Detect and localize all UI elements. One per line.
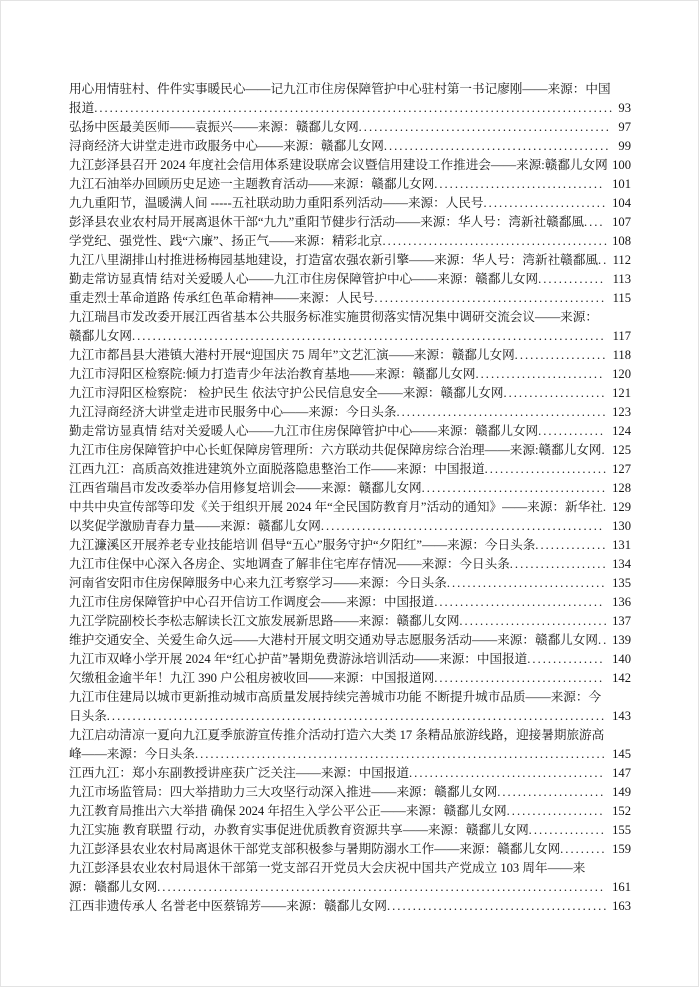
dot-leader: ........................................… (359, 120, 611, 134)
dot-leader: ........................................… (387, 899, 608, 913)
toc-entry-page-number: 117 (613, 327, 631, 346)
toc-entry-title: 勤走常访显真情 结对关爱暖人心——九江市住房保障管护中心——来源：赣鄱儿女网 (69, 424, 538, 438)
toc-entry-page-number: 137 (612, 612, 631, 631)
toc-entry-title: 勤走常访显真情 结对关爱暖人心——九江市住房保障管护中心——来源：赣鄱儿女网 (69, 272, 538, 286)
toc-entry[interactable]: 九江启动清凉一夏向九江夏季旅游宣传推介活动打造六大类 17 条精品旅游线路，迎接… (69, 726, 631, 764)
dot-leader: . (601, 443, 606, 457)
toc-entry[interactable]: 江西九江：郑小东副教授讲座获广泛关注——来源：中国报道.............… (69, 764, 631, 783)
dot-leader: ........................................… (157, 880, 605, 894)
dot-leader: ........................................… (107, 709, 606, 723)
toc-entry[interactable]: 江西非遗传承人 名誉老中医蔡锦芳——来源：赣鄱儿女网..............… (69, 897, 631, 916)
toc-entry[interactable]: 九江学院副校长李松志解读长江文旅发展新思路——来源：赣鄱儿女网.........… (69, 612, 631, 631)
dot-leader: ........................................… (321, 519, 604, 533)
toc-entry-page-number: 104 (612, 194, 631, 213)
dot-leader: ................................. (434, 671, 604, 685)
toc-entry-page-number: 130 (612, 517, 631, 536)
dot-leader: ............................. (459, 614, 608, 628)
toc-entry-page-number: 93 (618, 99, 631, 118)
dot-leader: .................... (503, 386, 606, 400)
toc-entry[interactable]: 九江八里湖排山村推进杨梅园基地建设，打造富农强农新引擎——来源：华人号：湾新社赣… (69, 251, 631, 270)
toc-entry-title: 重走烈士革命道路 传承红色革命精神——来源：人民号 (69, 291, 374, 305)
toc-entry-page-number: 120 (612, 365, 631, 384)
toc-entry-title: 九江市都昌县大港镇大港村开展“迎国庆 75 周年”文艺汇演——来源：赣鄱儿女网 (69, 348, 515, 362)
dot-leader: .............. (535, 538, 607, 552)
toc-entry[interactable]: 重走烈士革命道路 传承红色革命精神——来源：人民号...............… (69, 289, 631, 308)
toc-entry-page-number: 147 (612, 764, 631, 783)
toc-entry-title: 九江市浔阳区检察院： 检护民生 依法守护公民信息安全——来源：赣鄱儿女网 (69, 386, 503, 400)
dot-leader: ......... (560, 842, 606, 856)
toc-entry[interactable]: 九江市双峰小学开展 2024 年“红心护苗”暑期免费游泳培训活动——来源：中国报… (69, 650, 631, 669)
toc-entry-page-number: 97 (618, 118, 631, 137)
toc-entry[interactable]: 九江市住房保障管护中心长虹保障房管理所：六方联动共促保障房综合治理——来源:赣鄱… (69, 441, 631, 460)
dot-leader: ........................................… (195, 747, 607, 761)
toc-entry[interactable]: 九江石油举办回顾历史足迹一主题教育活动——来源：赣鄱儿女网...........… (69, 175, 631, 194)
toc-entry[interactable]: 九江市浔阳区检察院:倾力打造青少年法治教育基地——来源：赣鄱儿女网.......… (69, 365, 631, 384)
toc-entry-title: 江西省瑞昌市发改委举办信用修复培训会——来源：赣鄱儿女网 (69, 481, 422, 495)
toc-entry-page-number: 121 (612, 384, 631, 403)
dot-leader: . (603, 500, 608, 514)
toc-entry-page-number: 118 (613, 346, 631, 365)
toc-entry-page-number: 128 (612, 479, 631, 498)
toc-entry[interactable]: 九江彭泽县农业农村局退休干部第一党支部召开党员大会庆祝中国共产党成立 103 周… (69, 859, 631, 897)
toc-entry-title: 九江市住房保障管护中心召开信访工作调度会——来源：中国报道 (69, 595, 434, 609)
toc-entry[interactable]: 九九重阳节，温暖满人间 -----五社联动助力重阳系列活动——来源：人民号...… (69, 194, 631, 213)
dot-leader: ..................... (497, 785, 605, 799)
dot-leader: ........................................… (396, 405, 607, 419)
dot-leader: ...................................... (409, 766, 605, 780)
dot-leader: .... (584, 215, 605, 229)
toc-entry[interactable]: 九江濂溪区开展养老专业技能培训 倡导“五心”服务守护“夕阳红”——来源：今日头条… (69, 536, 631, 555)
dot-leader: ........................................… (94, 101, 614, 115)
toc-entry[interactable]: 维护交通安全、关爱生命久远——大港村开展文明交通劝导志愿服务活动——来源：赣鄱儿… (69, 631, 631, 650)
toc-entry-title: 彭泽县农业农村局开展离退休干部“九九”重阳节健步行活动——来源：华人号：湾新社赣… (69, 215, 584, 229)
toc-entry[interactable]: 勤走常访显真情 结对关爱暖人心——九江市住房保障管护中心——来源：赣鄱儿女网..… (69, 422, 631, 441)
dot-leader: ........................................… (384, 139, 611, 153)
toc-entry[interactable]: 河南省安阳市住房保障服务中心来九江考察学习——来源：今日头条..........… (69, 574, 631, 593)
toc-entry[interactable]: 九江教育局推出六大举措 确保 2024 年招生入学公平公正——来源：赣鄱儿女网.… (69, 802, 631, 821)
dot-leader: ............... (529, 823, 606, 837)
dot-leader: .. (598, 633, 608, 647)
toc-entry-page-number: 134 (612, 555, 631, 574)
toc-entry-title: 弘扬中医最美医师——袁振兴——来源：赣鄱儿女网 (69, 120, 359, 134)
toc-entry[interactable]: 彭泽县农业农村局开展离退休干部“九九”重阳节健步行活动——来源：华人号：湾新社赣… (69, 213, 631, 232)
dot-leader: ............... (527, 652, 604, 666)
toc-entry-page-number: 136 (612, 593, 631, 612)
toc-entry-title: 学党纪、强党性、践“六廉”、扬正气——来源：精彩北京 (69, 234, 382, 248)
toc-entry-page-number: 159 (612, 840, 631, 859)
toc-entry[interactable]: 九江市住建局以城市更新推动城市高质量发展持续完善城市功能 不断提升城市品质——来… (69, 688, 631, 726)
toc-entry-page-number: 127 (612, 460, 631, 479)
toc-entry[interactable]: 弘扬中医最美医师——袁振兴——来源：赣鄱儿女网.................… (69, 118, 631, 137)
toc-entry-title: 中共中央宣传部等印发《关于组织开展 2024 年“全民国防教育月”活动的通知》—… (69, 500, 603, 514)
toc-entry-title: 浔商经济大讲堂走进市政服务中心——来源：赣鄱儿女网 (69, 139, 384, 153)
toc-entry[interactable]: 九江市都昌县大港镇大港村开展“迎国庆 75 周年”文艺汇演——来源：赣鄱儿女网.… (69, 346, 631, 365)
dot-leader: .................. (515, 348, 608, 362)
dot-leader: ........................................… (132, 329, 606, 343)
toc-entry-title: 九江学院副校长李松志解读长江文旅发展新思路——来源：赣鄱儿女网 (69, 614, 459, 628)
toc-entry-title: 河南省安阳市住房保障服务中心来九江考察学习——来源：今日头条 (69, 576, 447, 590)
toc-entry[interactable]: 中共中央宣传部等印发《关于组织开展 2024 年“全民国防教育月”活动的通知》—… (69, 498, 631, 517)
toc-entry-title: 九江彭泽县农业农村局离退休干部党支部积极参与暑期防溺水工作——来源：赣鄱儿女网 (69, 842, 560, 856)
toc-entry-title: 九江教育局推出六大举措 确保 2024 年招生入学公平公正——来源：赣鄱儿女网 (69, 804, 507, 818)
toc-entry-page-number: 163 (612, 897, 631, 916)
toc-entry[interactable]: 勤走常访显真情 结对关爱暖人心——九江市住房保障管护中心——来源：赣鄱儿女网..… (69, 270, 631, 289)
toc-entry-title: 维护交通安全、关爱生命久远——大港村开展文明交通劝导志愿服务活动——来源：赣鄱儿… (69, 633, 598, 647)
toc-entry[interactable]: 九江市场监管局：四大举措助力三大攻坚行动深入推进——来源：赣鄱儿女网......… (69, 783, 631, 802)
toc-entry[interactable]: 学党纪、强党性、践“六廉”、扬正气——来源：精彩北京..............… (69, 232, 631, 251)
dot-leader: ................... (507, 804, 605, 818)
dot-leader: ............. (538, 424, 605, 438)
toc-entry-page-number: 100 (612, 156, 631, 175)
toc-entry-title: 欠缴租金逾半年！九江 390 户公租房被收回——来源：中国报道网 (69, 671, 434, 685)
dot-leader: ........................ (485, 462, 609, 476)
toc-entry[interactable]: 九江市住房保障管护中心召开信访工作调度会——来源：中国报道...........… (69, 593, 631, 612)
toc-entry-title: 九江浔商经济大讲堂走进市民服务中心——来源：今日头条 (69, 405, 396, 419)
toc-entry-page-number: 142 (612, 669, 631, 688)
dot-leader: ........................................… (382, 234, 609, 248)
toc-entry-page-number: 149 (612, 783, 631, 802)
dot-leader: ................................. (434, 177, 604, 191)
toc-entry-title: 九江市住保中心深入各房企、实地调查了解非住宅库存情况——来源：今日头条 (69, 557, 510, 571)
toc-entry[interactable]: 九江市住保中心深入各房企、实地调查了解非住宅库存情况——来源：今日头条.....… (69, 555, 631, 574)
toc-entry-page-number: 135 (612, 574, 631, 593)
toc-entry[interactable]: 九江彭泽县农业农村局离退休干部党支部积极参与暑期防溺水工作——来源：赣鄱儿女网.… (69, 840, 631, 859)
toc-entry[interactable]: 九江瑞昌市发改委开展江西省基本公共服务标准实施贯彻落实情况集中调研交流会议——来… (69, 308, 631, 346)
toc-entry-page-number: 113 (613, 270, 631, 289)
toc-entry-page-number: 108 (612, 232, 631, 251)
toc-entry-title: 江西九江：高质高效推进建筑外立面脱落隐患整治工作——来源：中国报道 (69, 462, 485, 476)
toc-entry-title: 江西九江：郑小东副教授讲座获广泛关注——来源：中国报道 (69, 766, 409, 780)
toc-entry-page-number: 123 (612, 403, 631, 422)
toc-entry-page-number: 115 (613, 289, 631, 308)
dot-leader: .................................... (422, 481, 607, 495)
toc-entry-page-number: 152 (612, 802, 631, 821)
toc-entry[interactable]: 欠缴租金逾半年！九江 390 户公租房被收回——来源：中国报道网........… (69, 669, 631, 688)
dot-leader: ............................... (447, 576, 607, 590)
toc-entry-page-number: 125 (612, 441, 631, 460)
toc-entry-title: 九江石油举办回顾历史足迹一主题教育活动——来源：赣鄱儿女网 (69, 177, 434, 191)
toc-entry-title: 九江市双峰小学开展 2024 年“红心护苗”暑期免费游泳培训活动——来源：中国报… (69, 652, 527, 666)
toc-entry[interactable]: 九江实施 教育联盟 行动，办教育实事促进优质教育资源共享——来源：赣鄱儿女网..… (69, 821, 631, 840)
dot-leader: .. (598, 253, 608, 267)
toc-entry-page-number: 140 (612, 650, 631, 669)
toc-entry-page-number: 155 (612, 821, 631, 840)
toc-entry-page-number: 161 (612, 878, 631, 897)
toc-entry-page-number: 145 (612, 745, 631, 764)
toc-entry-title: 江西非遗传承人 名誉老中医蔡锦芳——来源：赣鄱儿女网 (69, 899, 387, 913)
toc-entry-page-number: 139 (612, 631, 631, 650)
toc-entry-title: 九江彭泽县召开 2024 年度社会信用体系建设联席会议暨信用建设工作推进会——来… (69, 158, 608, 172)
toc-entry[interactable]: 九江彭泽县召开 2024 年度社会信用体系建设联席会议暨信用建设工作推进会——来… (69, 156, 631, 175)
toc-entry[interactable]: 九江浔商经济大讲堂走进市民服务中心——来源：今日头条..............… (69, 403, 631, 422)
toc-entry-page-number: 107 (612, 213, 631, 232)
toc-list: 用心用情驻村、件件实事暖民心——记九江市住房保障管护中心驻村第一书记廖刚——来源… (69, 80, 631, 916)
document-page: 用心用情驻村、件件实事暖民心——记九江市住房保障管护中心驻村第一书记廖刚——来源… (0, 0, 699, 987)
toc-entry-page-number: 112 (613, 251, 631, 270)
toc-entry-title: 九江八里湖排山村推进杨梅园基地建设，打造富农强农新引擎——来源：华人号：湾新社赣… (69, 253, 598, 267)
toc-entry-title: 九江市浔阳区检察院:倾力打造青少年法治教育基地——来源：赣鄱儿女网 (69, 367, 476, 381)
toc-entry-title: 九江市住房保障管护中心长虹保障房管理所：六方联动共促保障房综合治理——来源:赣鄱… (69, 443, 601, 457)
toc-entry[interactable]: 浔商经济大讲堂走进市政服务中心——来源：赣鄱儿女网...............… (69, 137, 631, 156)
toc-entry-page-number: 131 (612, 536, 631, 555)
toc-entry[interactable]: 以奖促学激励青春力量——来源：赣鄱儿女网....................… (69, 517, 631, 536)
toc-entry-page-number: 99 (618, 137, 631, 156)
dot-leader: ................... (510, 557, 608, 571)
toc-entry[interactable]: 江西九江：高质高效推进建筑外立面脱落隐患整治工作——来源：中国报道.......… (69, 460, 631, 479)
toc-entry-title: 九江实施 教育联盟 行动，办教育实事促进优质教育资源共享——来源：赣鄱儿女网 (69, 823, 529, 837)
toc-entry-page-number: 124 (612, 422, 631, 441)
dot-leader: ............. (538, 272, 605, 286)
toc-entry-title: 九江市场监管局：四大举措助力三大攻坚行动深入推进——来源：赣鄱儿女网 (69, 785, 497, 799)
toc-entry-page-number: 143 (612, 707, 631, 726)
toc-entry-title: 九九重阳节，温暖满人间 -----五社联动助力重阳系列活动——来源：人民号 (69, 196, 484, 210)
dot-leader: ........................ (484, 196, 608, 210)
toc-entry-title: 以奖促学激励青春力量——来源：赣鄱儿女网 (69, 519, 321, 533)
toc-entry-page-number: 101 (612, 175, 631, 194)
toc-entry-page-number: 129 (612, 498, 631, 517)
toc-entry[interactable]: 江西省瑞昌市发改委举办信用修复培训会——来源：赣鄱儿女网............… (69, 479, 631, 498)
toc-entry-title: 九江濂溪区开展养老专业技能培训 倡导“五心”服务守护“夕阳红”——来源：今日头条 (69, 538, 535, 552)
dot-leader: ........................................… (374, 291, 606, 305)
dot-leader: ................................. (434, 595, 604, 609)
toc-entry[interactable]: 用心用情驻村、件件实事暖民心——记九江市住房保障管护中心驻村第一书记廖刚——来源… (69, 80, 631, 118)
toc-entry[interactable]: 九江市浔阳区检察院： 检护民生 依法守护公民信息安全——来源：赣鄱儿女网....… (69, 384, 631, 403)
dot-leader: ......................... (476, 367, 605, 381)
